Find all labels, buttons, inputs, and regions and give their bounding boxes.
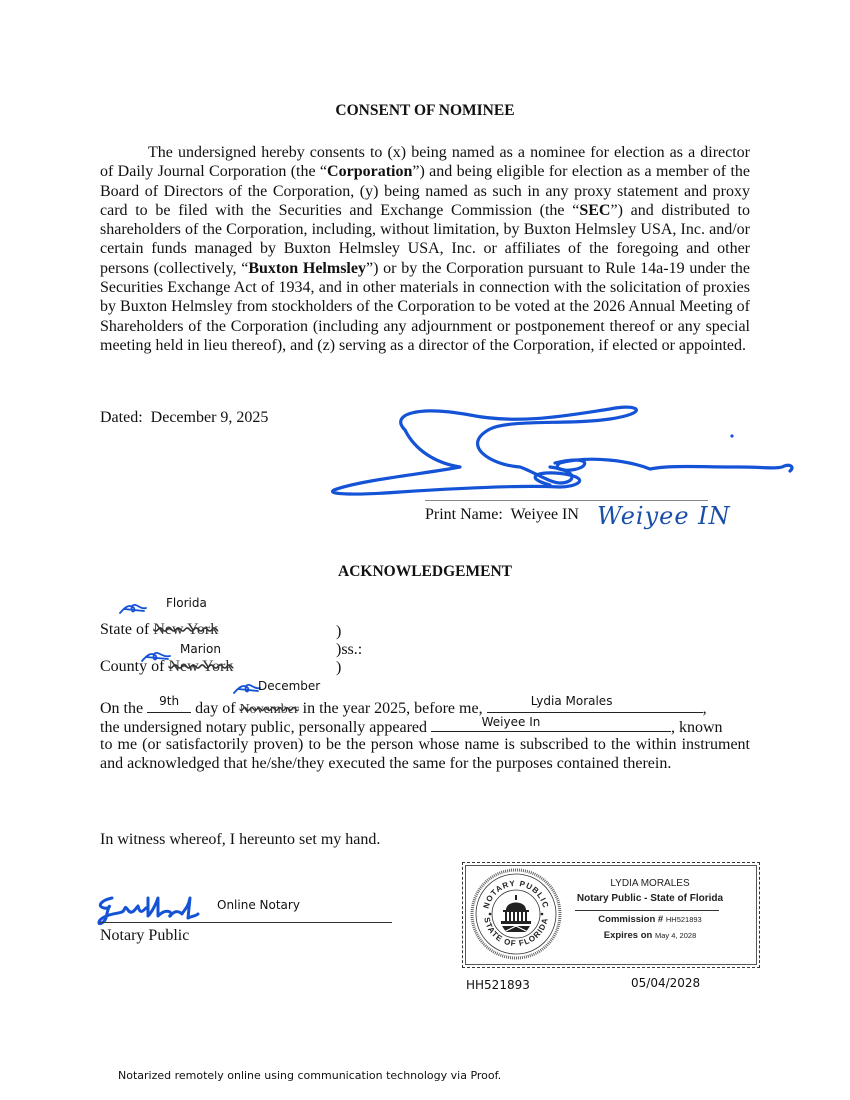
month-filled: December [258,679,320,693]
appeared-filled: Weiyee In [431,713,591,732]
expiration-date: 05/04/2028 [631,976,700,990]
line1-mid: day of [195,700,235,717]
state-label: State of [100,621,149,638]
notary-public-label: Notary Public [100,926,189,945]
stamp-notary-name: LYDIA MORALES [565,878,735,889]
nominee-signature-icon [320,395,800,505]
print-name-value: Weiyee IN [510,506,578,523]
notary-signature-line [100,922,392,923]
commission-value: HH521893 [666,915,702,924]
dated-value: December 9, 2025 [151,409,269,426]
expires-label: Expires on [604,930,653,941]
appeared-field: Weiyee In [431,716,671,732]
print-name-line: Print Name: Weiyee IN [425,505,579,524]
notary-seal-icon: NOTARY PUBLIC STATE OF FLORIDA [470,868,562,960]
stamp-commission: Commission # HH521893 [565,914,735,925]
acknowledgement-rest: to me (or satisfactorily proven) to be t… [100,735,750,774]
consent-paragraph: The undersigned hereby consents to (x) b… [100,143,750,355]
day-filled: 9th [147,692,191,711]
month-struck: November [240,702,299,717]
stamp-expires: Expires on May 4, 2028 [565,930,735,941]
stamp-divider [575,910,719,911]
notary-title-filled: Online Notary [217,898,300,912]
acknowledgement-title: ACKNOWLEDGEMENT [0,562,850,581]
notary-name-field: Lydia Morales [487,697,703,713]
initials-mark-icon [118,600,150,616]
handwritten-name: Weiyee IN [597,502,731,530]
state-struck: New York [153,621,218,638]
document-title: CONSENT OF NOMINEE [0,101,850,120]
state-filled: Florida [166,596,207,610]
day-field: 9th [147,697,191,713]
defined-term: Buxton Helmsley [248,260,366,277]
footer-note: Notarized remotely online using communic… [118,1069,501,1082]
county-struck: New York [168,658,233,675]
state-line: State of New York [100,620,218,639]
line1-prefix: On the [100,700,143,717]
line2-suffix: , known [671,719,723,736]
dated-line: Dated: December 9, 2025 [100,408,268,427]
line2-prefix: the undersigned notary public, personall… [100,719,427,736]
bracket-3: ) [336,658,341,677]
notary-name-filled: Lydia Morales [487,692,657,711]
commission-label: Commission # [598,914,663,925]
print-name-label: Print Name: [425,506,503,523]
county-label: County of [100,658,164,675]
bracket-1: ) [336,622,341,641]
defined-term: Corporation [327,163,412,180]
expires-value: May 4, 2028 [655,931,696,940]
line1-end: , [703,700,707,717]
witness-text: In witness whereof, I hereunto set my ha… [100,830,380,849]
nominee-signature-line [425,500,708,501]
defined-term: SEC [579,202,610,219]
county-filled: Marion [180,642,221,656]
commission-number: HH521893 [466,978,530,992]
stamp-office: Notary Public - State of Florida [565,893,735,904]
bracket-ss: )ss.: [336,640,362,659]
county-line: County of New York [100,657,233,676]
dated-label: Dated: [100,409,143,426]
